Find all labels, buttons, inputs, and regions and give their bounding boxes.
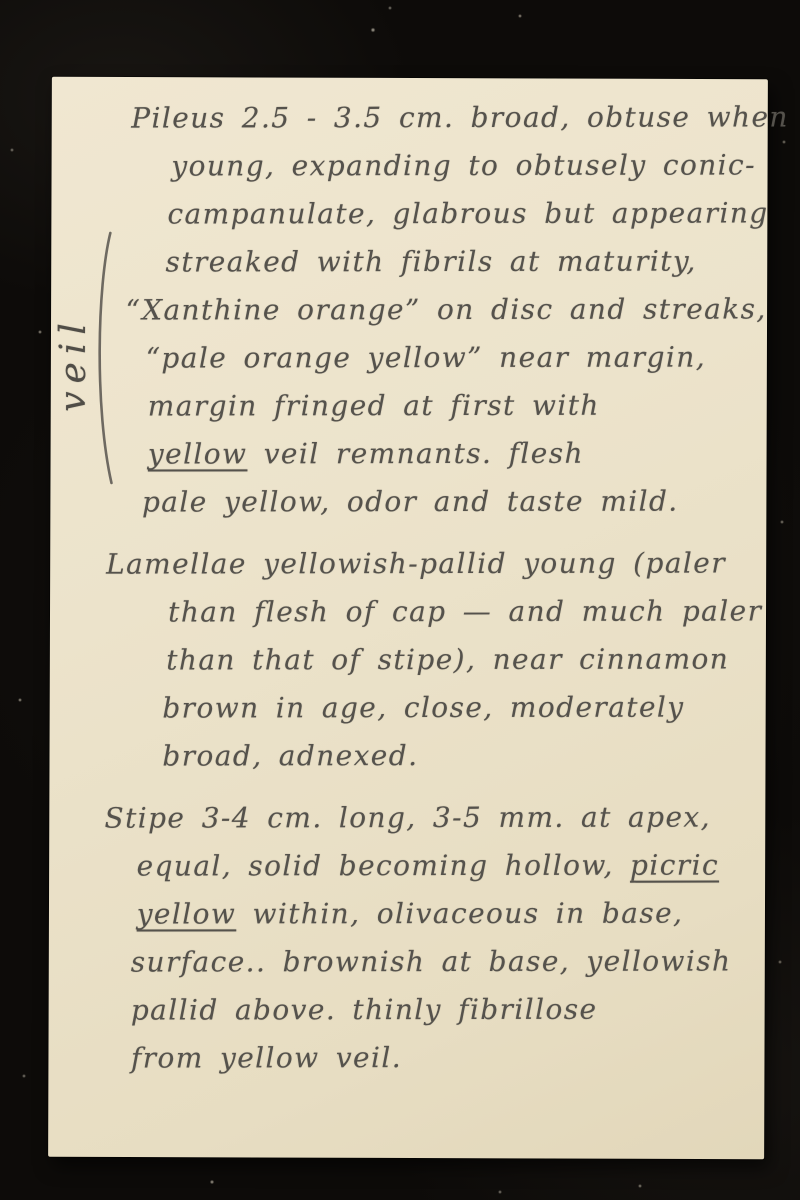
handwriting-segment: than that of stipe), near cinnamon: [166, 643, 729, 677]
handwritten-line: yellow veil remnants. flesh: [148, 429, 758, 478]
handwritten-line: surface.. brownish at base, yellowish: [131, 937, 759, 986]
handwritten-line: equal, solid becoming hollow, picric: [137, 841, 759, 890]
index-card: veil Pileus 2.5 - 3.5 cm. broad, obtuse …: [48, 77, 768, 1159]
photo-background: veil Pileus 2.5 - 3.5 cm. broad, obtuse …: [0, 0, 800, 1200]
handwritten-line: “Xanthine orange” on disc and streaks,: [126, 285, 758, 334]
handwriting-segment: pallid above. thinly fibrillose: [131, 993, 598, 1027]
handwriting-segment-underlined: yellow: [137, 897, 237, 930]
paragraph-pileus: Pileus 2.5 - 3.5 cm. broad, obtuse when …: [89, 93, 758, 526]
handwritten-line: Stipe 3-4 cm. long, 3-5 mm. at apex,: [104, 793, 758, 842]
handwritten-line: pale yellow, odor and taste mild.: [142, 477, 758, 526]
handwritten-line: than flesh of cap — and much paler: [168, 587, 758, 636]
handwriting-segment: Pileus 2.5 - 3.5 cm. broad, obtuse when: [131, 100, 789, 134]
handwritten-line: margin fringed at first with: [148, 381, 758, 430]
handwriting-segment: margin fringed at first with: [148, 389, 600, 423]
handwritten-line: campanulate, glabrous but appearing: [167, 189, 757, 238]
handwritten-line: Pileus 2.5 - 3.5 cm. broad, obtuse when: [131, 93, 757, 142]
paragraph-stipe: Stipe 3-4 cm. long, 3-5 mm. at apex, equ…: [90, 793, 759, 1082]
handwriting-segment: brown in age, close, moderately: [162, 691, 684, 725]
handwritten-line: Lamellae yellowish-pallid young (paler: [106, 539, 758, 588]
handwritten-line: broad, adnexed.: [162, 731, 758, 780]
handwriting-segment: pale yellow, odor and taste mild.: [142, 485, 679, 519]
handwriting-segment: veil remnants. flesh: [247, 437, 584, 471]
handwriting-segment: broad, adnexed.: [162, 739, 418, 772]
handwritten-line: brown in age, close, moderately: [162, 683, 758, 732]
handwriting-segment: “pale orange yellow” near margin,: [146, 341, 706, 375]
handwriting-segment: Stipe 3-4 cm. long, 3-5 mm. at apex,: [104, 801, 710, 835]
handwritten-line: young, expanding to obtusely conic-: [171, 141, 757, 190]
handwriting-segment-underlined: yellow: [148, 437, 248, 470]
handwritten-line: pallid above. thinly fibrillose: [131, 985, 759, 1034]
handwriting-segment: “Xanthine orange” on disc and streaks,: [126, 292, 767, 326]
handwriting-segment: surface.. brownish at base, yellowish: [131, 945, 732, 979]
handwriting-segment: young, expanding to obtusely conic-: [171, 148, 756, 182]
paragraph-lamellae: Lamellae yellowish-pallid young (paler t…: [90, 539, 758, 780]
handwriting-segment: than flesh of cap — and much paler: [168, 594, 762, 628]
handwritten-line: yellow within, olivaceous in base,: [137, 889, 759, 938]
handwriting-segment: streaked with fibrils at maturity,: [166, 245, 697, 279]
handwriting-segment: Lamellae yellowish-pallid young (paler: [106, 547, 726, 581]
handwritten-line: streaked with fibrils at maturity,: [165, 237, 757, 286]
handwriting-segment: campanulate, glabrous but appearing: [167, 196, 768, 230]
handwriting-segment: from yellow veil.: [131, 1041, 402, 1074]
handwritten-line: “pale orange yellow” near margin,: [146, 333, 758, 382]
handwriting-segment-underlined: picric: [630, 849, 719, 882]
handwritten-line: than that of stipe), near cinnamon: [166, 635, 758, 684]
handwritten-text: Pileus 2.5 - 3.5 cm. broad, obtuse when …: [89, 93, 759, 1082]
handwriting-segment: equal, solid becoming hollow,: [137, 849, 630, 883]
handwriting-segment: within, olivaceous in base,: [236, 897, 683, 931]
handwritten-line: from yellow veil.: [131, 1033, 759, 1082]
